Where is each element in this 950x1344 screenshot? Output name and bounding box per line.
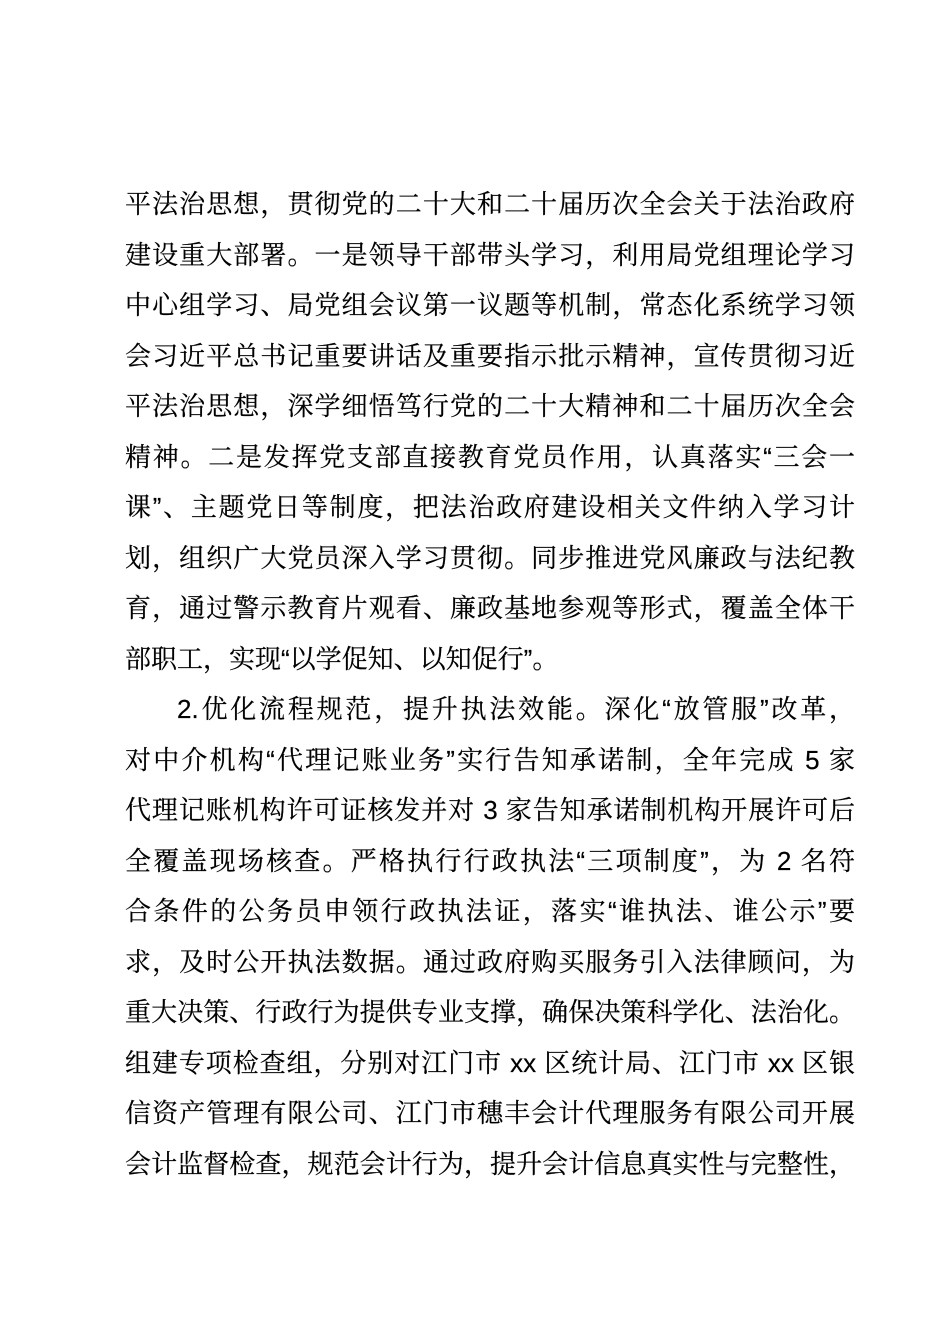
text-line: 划，组织广大党员深入学习贯彻。同步推进党风廉政与法纪教 — [125, 533, 855, 584]
text-line: 育，通过警示教育片观看、廉政基地参观等形式，覆盖全体干 — [125, 583, 855, 634]
text-line: 全覆盖现场核查。严格执行行政执法“三项制度”，为 2 名符 — [125, 836, 855, 887]
text-line: 代理记账机构许可证核发并对 3 家告知承诺制机构开展许可后 — [125, 785, 855, 836]
text-line: 部职工，实现“以学促知、以知促行”。 — [125, 634, 855, 685]
paragraph-1: 平法治思想，贯彻党的二十大和二十届历次全会关于法治政府建设重大部署。一是领导干部… — [125, 179, 855, 684]
text-line: 重大决策、行政行为提供专业支撑，确保决策科学化、法治化。 — [125, 987, 855, 1038]
text-line: 建设重大部署。一是领导干部带头学习，利用局党组理论学习 — [125, 230, 855, 281]
text-line: 会计监督检查，规范会计行为，提升会计信息真实性与完整性， — [125, 1139, 855, 1190]
text-line: 课”、主题党日等制度，把法治政府建设相关文件纳入学习计 — [125, 482, 855, 533]
document-page: 平法治思想，贯彻党的二十大和二十届历次全会关于法治政府建设重大部署。一是领导干部… — [0, 0, 950, 1344]
text-line: 中心组学习、局党组会议第一议题等机制，常态化系统学习领 — [125, 280, 855, 331]
text-line: 合条件的公务员申领行政执法证，落实“谁执法、谁公示”要 — [125, 886, 855, 937]
text-line: 信资产管理有限公司、江门市穗丰会计代理服务有限公司开展 — [125, 1088, 855, 1139]
document-text-block: 平法治思想，贯彻党的二十大和二十届历次全会关于法治政府建设重大部署。一是领导干部… — [125, 179, 855, 1189]
paragraph-2: 2.优化流程规范，提升执法效能。深化“放管服”改革，对中介机构“代理记账业务”实… — [125, 684, 855, 1189]
text-line: 精神。二是发挥党支部直接教育党员作用，认真落实“三会一 — [125, 432, 855, 483]
text-line: 平法治思想，深学细悟笃行党的二十大精神和二十届历次全会 — [125, 381, 855, 432]
text-line: 会习近平总书记重要讲话及重要指示批示精神，宣传贯彻习近 — [125, 331, 855, 382]
text-line: 组建专项检查组，分别对江门市 xx 区统计局、江门市 xx 区银 — [125, 1038, 855, 1089]
text-line: 2.优化流程规范，提升执法效能。深化“放管服”改革， — [125, 684, 855, 735]
text-line: 平法治思想，贯彻党的二十大和二十届历次全会关于法治政府 — [125, 179, 855, 230]
text-line: 求，及时公开执法数据。通过政府购买服务引入法律顾问，为 — [125, 937, 855, 988]
text-line: 对中介机构“代理记账业务”实行告知承诺制，全年完成 5 家 — [125, 735, 855, 786]
